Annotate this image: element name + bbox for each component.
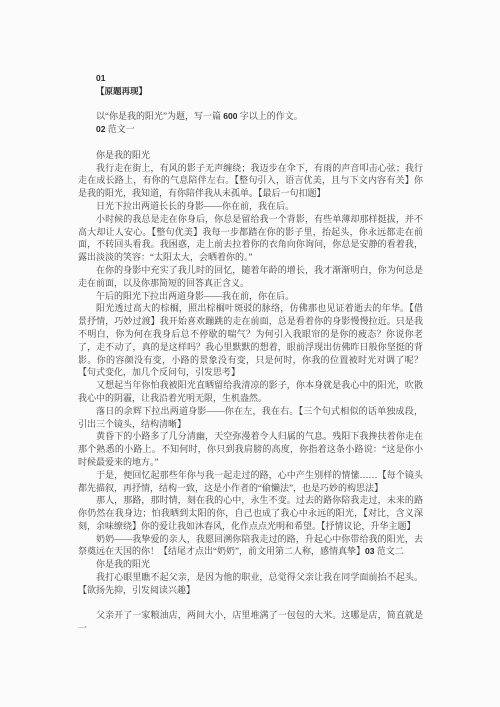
essay2-title: 你是我的阳光 — [78, 558, 423, 571]
essay2-intro: 我打心眼里瞧不起父亲，是因为他的职业，总觉得父亲让我在同学面前抬不起头。【欲扬先… — [78, 571, 423, 597]
essay1-scene3-lead: 落日的余辉下拉出两道身影——你在左，我在右。【三个句式相似的话单独成段，引出三个… — [78, 405, 423, 431]
essay1-scene1-reflection: 在你的身影中充实了我儿时的回忆，随着年龄的增长，我才渐渐明白，你为何总是走在前面… — [78, 264, 423, 290]
section-number-01: 01 — [78, 72, 423, 85]
bold-text: 【原题再现】 — [96, 86, 147, 96]
bold-text: 600 — [223, 111, 237, 121]
blank-line — [78, 98, 423, 111]
blank-line — [78, 136, 423, 149]
essay1-scene1: 小时候的我总是走在你身后，你总是留给我一个背影，有些单薄却那样挺拔，并不高大却让… — [78, 213, 423, 264]
document-body: 01【原题再现】以“你是我的阳光”为题，写一篇 600 字以上的作文。02 范文… — [78, 72, 423, 635]
document-page: 01【原题再现】以“你是我的阳光”为题，写一篇 600 字以上的作文。02 范文… — [0, 0, 500, 707]
essay1-scene2-lead: 午后的阳光下拉出两道身影——我在前，你在后。 — [78, 290, 423, 303]
essay1-scene2: 阳光透过高大的棕榈，照出棕榈叶斑驳的脉络，仿佛那也见证着逝去的年华。【借景抒情，… — [78, 302, 423, 379]
essay1-scene3: 黄昏下的小路多了几分清幽，天空弥漫着令人归属的气息。残阳下我搀扶着你走在那个熟悉… — [78, 430, 423, 468]
essay1-scene1-lead: 日光下拉出两道长长的身影——你在前，我在后。 — [78, 200, 423, 213]
essay1-theme: 那人，那路，那时情，刻在我的心中，永生不变。过去的路你陪我走过，未来的路你仍然在… — [78, 494, 423, 532]
essay-prompt: 以“你是我的阳光”为题，写一篇 600 字以上的作文。 — [78, 110, 423, 123]
essay1-intro: 我行走在街上，有风的影子无声缠绕；我迈步在伞下，有雨的声音叩击心弦；我行走在成长… — [78, 162, 423, 200]
blank-line — [78, 597, 423, 610]
bold-text: 01 — [96, 73, 105, 83]
essay1-title: 你是我的阳光 — [78, 149, 423, 162]
section-label-essay-1: 02 范文一 — [78, 123, 423, 136]
heading-original-question: 【原题再现】 — [78, 85, 423, 98]
essay1-scene3-reflection: 于是，便回忆起那些年你与我一起走过的路，心中产生别样的情愫……【每个镜头都先描叙… — [78, 469, 423, 495]
essay2-p1: 父亲开了一家粮油店，两间大小，店里堆满了一包包的大米。这哪是店，简直就是一 — [78, 609, 423, 635]
essay1-scene2-reflection: 又想起当年你怕我被阳光直晒留给我清凉的影子，你本身就是我心中的阳光，吹散我心中的… — [78, 379, 423, 405]
essay1-ending: 奶奶——我挚爱的亲人，我愿回溯你陪我走过的路，升起心中你带给我的阳光，去祭奠远在… — [78, 533, 423, 559]
